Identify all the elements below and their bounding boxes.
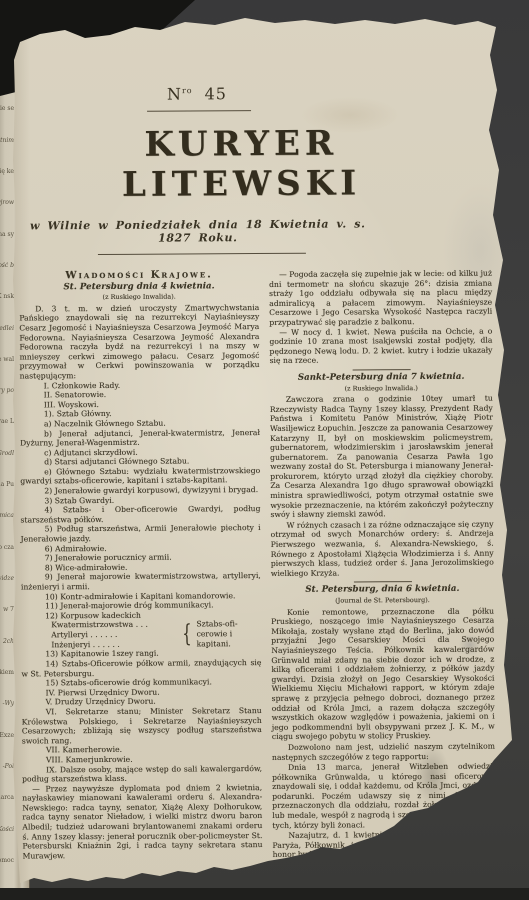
article-paragraph: Nazajutrz, d. 1 kwietnia (n. s.) w roczn…: [272, 830, 495, 860]
under-page-text-fragment: Wy-: [0, 700, 14, 707]
cadet-row: Inżenjeryi . . . . . .: [51, 639, 179, 649]
article3-dateline: St. Petersburg, dnia 6 kwietnia.: [271, 585, 494, 596]
under-page-text-fragment: dry po: [0, 387, 14, 394]
cadet-group-line: cerowie i: [197, 629, 238, 639]
under-page-text-fragment: 2ch: [0, 638, 14, 645]
order-item: 9) Jenerał majorowie kwatermistrzowstwa,…: [21, 571, 261, 592]
under-page-text-fragment: nie wal: [0, 356, 14, 363]
issue-label: N: [167, 84, 182, 103]
newspaper-page: Nro45 KURYER LITEWSKI w Wilnie w Poniedz…: [0, 0, 529, 900]
under-page-text-fragment: 7 w: [0, 606, 14, 613]
page-content: Nro45 KURYER LITEWSKI w Wilnie w Poniedz…: [0, 0, 529, 862]
order-item: e) Głównego Sztabu: wydziału kwatermistr…: [20, 466, 260, 487]
source-note: (z Ruskiego Inwalida).: [19, 292, 259, 303]
article2-paragraphs: Zawczora zrana o godzinie 10tey umarł tu…: [270, 394, 494, 579]
under-page-text-fragment: etnim: [0, 137, 14, 144]
under-page-text-fragment: na Pu: [0, 481, 14, 488]
news-items: — Pogoda zaczęła się zupełnie jak w leci…: [269, 269, 493, 366]
article-paragraph: Zawczora zrana o godzinie 10tey umarł tu…: [270, 394, 494, 520]
order-item: 2) Jenerałowie gwardyi korpusowi, dywizy…: [20, 485, 260, 496]
under-page-text-fragment: Kości-: [0, 826, 14, 833]
under-page-text-fragment: ość b: [0, 262, 14, 269]
news-item: — Pogoda zaczęła się zupełnie jak w leci…: [269, 269, 492, 328]
header-rule-bottom: [98, 253, 306, 255]
section-rule: [352, 369, 410, 370]
masthead-block: Nro45 KURYER LITEWSKI w Wilnie w Poniedz…: [14, 83, 493, 256]
scan-background: samanie seetnimię keyjrowma syość bK nsk…: [0, 0, 529, 900]
issue-number: 45: [205, 84, 227, 103]
under-page-text-fragment: drukiem: [0, 669, 14, 676]
under-page-text-fragment: ma sy: [0, 231, 14, 238]
left-column: Wiadomości Krajowe. St. Petersburg dnia …: [19, 270, 263, 861]
article-paragraph: Dnia 13 marca, jenerał Witzleben odwiedz…: [272, 762, 495, 831]
cadet-group-line: kapitani.: [197, 639, 238, 649]
under-page-text-fragment: widze: [0, 575, 14, 582]
cadet-rows: Kwatermistrzowstwa . . .Artylleryi . . .…: [51, 620, 179, 650]
order-item: IX. Dalsze osoby, mające wstęp do sali k…: [22, 764, 262, 785]
article3-paragraphs: Konie remontowe, przeznaczone dla półku …: [271, 606, 496, 860]
edition-dateline: w Wilnie w Poniedziałek dnia 18 Kwietnia…: [15, 217, 381, 245]
brace-glyph: {: [182, 620, 191, 649]
order-item: VI. Sekretarze stanu; Minister Sekretarz…: [22, 706, 262, 746]
closing-paragraph: — Przez naywyższe dyplomata pod dniem 2 …: [22, 783, 262, 861]
under-page-text-fragment: hiedlei: [0, 325, 14, 332]
columns: Wiadomości Krajowe. St. Petersburg dnia …: [19, 268, 516, 861]
newspaper-title: KURYER LITEWSKI: [14, 123, 468, 206]
order-item: b) Jenerał adjutanci, Jenerał-kwatermist…: [20, 428, 260, 449]
under-page-text-fragment: yrae L: [0, 418, 14, 425]
section-title: Wiadomości Krajowe.: [19, 270, 259, 281]
article-dateline: St. Petersburg dnia 4 kwietnia.: [19, 282, 259, 293]
intro-paragraph: D. 3 t. m. w dzień uroczysty Zmartwychws…: [19, 303, 259, 381]
under-page-text-fragment: yjrow: [0, 199, 14, 206]
under-page-text-fragment: h Grodl: [0, 450, 14, 457]
header-rule-top: [147, 110, 251, 112]
article-paragraph: W różnych czasach i za różne odznaczając…: [271, 519, 494, 578]
under-page-text-fragment: Exze-: [0, 732, 14, 739]
under-page-text-fragment: nie se: [0, 105, 14, 112]
section-rule: [353, 582, 411, 583]
article-paragraph: Konie remontowe, przeznaczone dla półku …: [271, 606, 495, 742]
under-page-text-fragment: Pomoc: [0, 857, 14, 864]
cadet-group-line: Sztabs-ofi-: [196, 620, 237, 630]
scan-bottom-shadow: [0, 888, 529, 900]
under-page-text-fragment: mica: [0, 512, 14, 519]
article-paragraph: Dozwolono nam jest, udzielić naszym czyt…: [272, 742, 495, 763]
order-item: 14) Sztabs-Oficerowie półkow armii, znay…: [21, 658, 261, 679]
article2-dateline: Sankt-Petersburg dnia 7 kwietnia.: [270, 373, 493, 384]
issue-number-line: Nro45: [14, 83, 380, 104]
under-page-text-fragment: K nsk: [0, 293, 14, 300]
order-list: I. Członkowie Rady.II. Senatorowie.III. …: [20, 380, 261, 621]
under-page-text-fragment: Pol-: [0, 763, 14, 770]
cadet-corps-table: Kwatermistrzowstwa . . .Artylleryi . . .…: [51, 619, 261, 649]
under-page-text-fragment: marca: [0, 794, 14, 801]
article3-source-note: (Journal de St. Petersbourg).: [271, 596, 494, 607]
cadet-group-labels: Sztabs-ofi-cerowie ikapitani.: [196, 620, 237, 649]
news-item: — W nocy d. 1 kwiet. Newa puściła na Och…: [269, 326, 492, 366]
order-item: 4) Sztabs- i Ober-oficerowie Gwardyi, po…: [20, 504, 260, 525]
under-page-text-fragment: ię ke: [0, 168, 14, 175]
order-list-continued: 13) Kapitanowie 1szey rangi.14) Sztabs-O…: [21, 648, 262, 784]
issue-superscript: ro: [182, 86, 193, 95]
under-page-text-fragment: o cza: [0, 544, 14, 551]
article2-source-note: (z Ruskiego Inwalida.): [270, 383, 493, 394]
order-item: 5) Podług starszeństwa, Armii Jenerałowi…: [21, 523, 261, 544]
right-column: — Pogoda zaczęła się zupełnie jak w leci…: [269, 269, 496, 860]
under-page-fragments: samanie seetnimię keyjrowma syość bK nsk…: [0, 74, 14, 864]
